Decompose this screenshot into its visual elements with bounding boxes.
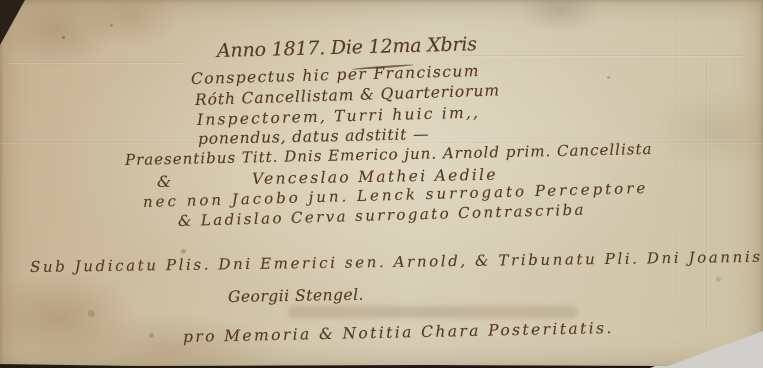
emboss-line-top-left xyxy=(8,62,186,64)
manuscript-line: Anno 1817. Die 12ma Xbris xyxy=(217,33,477,62)
vertical-crease xyxy=(676,0,678,330)
photo-frame: Anno 1817. Die 12ma XbrisConspectus hic … xyxy=(0,0,763,368)
manuscript-line: Georgii Stengel. xyxy=(228,286,364,306)
emboss-line-top-right xyxy=(460,55,742,57)
manuscript-line: Sub Judicatu Plis. Dni Emerici sen. Arno… xyxy=(30,248,763,276)
emboss-line-right xyxy=(706,57,708,330)
manuscript-line: pro Memoria & Notitia Chara Posteritatis… xyxy=(183,319,614,346)
manuscript-paper: Anno 1817. Die 12ma XbrisConspectus hic … xyxy=(0,0,763,368)
ink-bleed-through xyxy=(288,306,578,318)
manuscript-line: & xyxy=(157,172,171,191)
fox-spots xyxy=(62,36,65,39)
